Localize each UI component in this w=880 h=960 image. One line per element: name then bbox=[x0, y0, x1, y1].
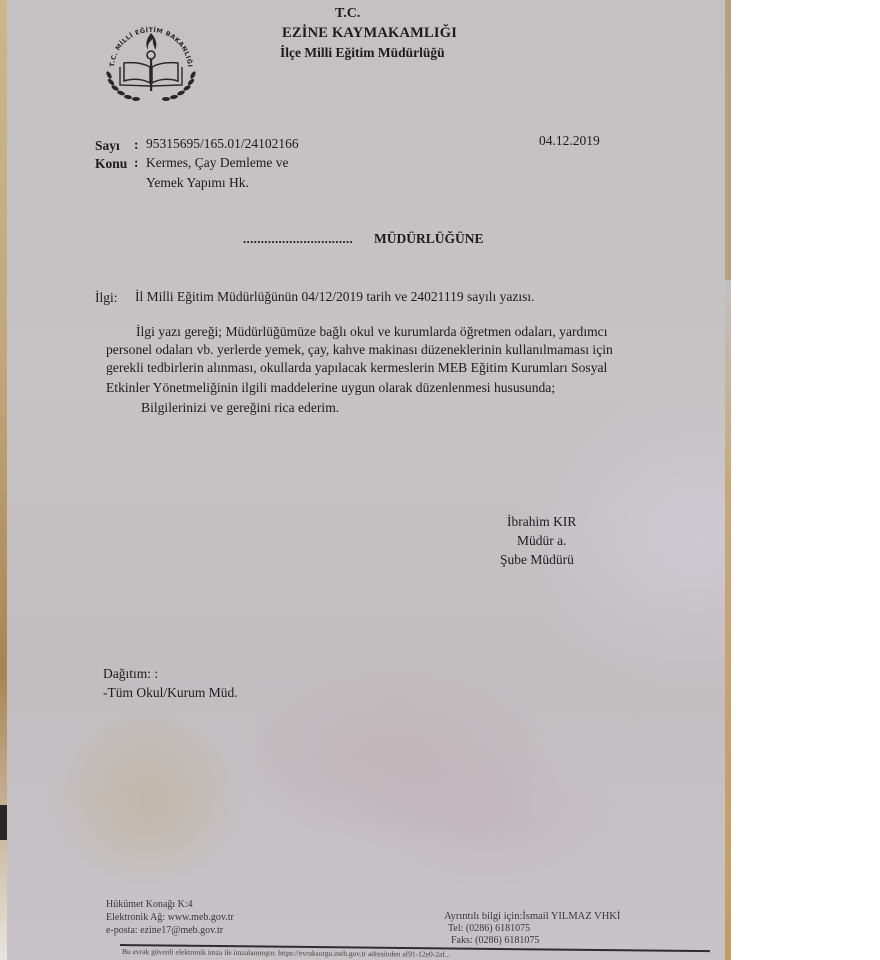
distribution-label: Dağıtım: : bbox=[103, 667, 158, 681]
konu-value-line1: Kermes, Çay Demleme ve bbox=[146, 156, 288, 170]
addressee-dots: ............................... bbox=[243, 232, 353, 245]
background-table-edge-right bbox=[725, 280, 731, 960]
sayi-label: Sayı bbox=[95, 139, 120, 153]
footer-contact: Ayrıntılı bilgi için:İsmail YILMAZ VHKİ bbox=[444, 912, 620, 923]
distribution-value: -Tüm Okul/Kurum Müd. bbox=[103, 686, 238, 700]
signatory-name: İbrahim KIR bbox=[507, 515, 576, 529]
footer-fax: Faks: (0286) 6181075 bbox=[451, 936, 539, 946]
background-object bbox=[0, 805, 7, 840]
signatory-title: Müdür a. bbox=[517, 534, 567, 548]
body-line: gerekli tedbirlerin alınması, okullarda … bbox=[106, 361, 607, 375]
body-line: Etkinler Yönetmeliğinin ilgili maddeleri… bbox=[106, 381, 555, 395]
header-country: T.C. bbox=[335, 7, 360, 21]
body-line: personel odaları vb. yerlerde yemek, çay… bbox=[106, 343, 613, 357]
footer-address: Hükümet Konağı K:4 bbox=[106, 900, 193, 910]
document-date: 04.12.2019 bbox=[539, 134, 600, 148]
footer-web: Elektronik Ağ: www.meb.gov.tr bbox=[106, 913, 234, 923]
footer-email: e-posta: ezine17@meb.gov.tr bbox=[106, 926, 223, 936]
ilgi-value: İl Milli Eğitim Müdürlüğünün 04/12/2019 … bbox=[135, 290, 534, 304]
addressee-label: MÜDÜRLÜĞÜNE bbox=[374, 232, 484, 246]
konu-colon: : bbox=[134, 156, 139, 170]
konu-value-line2: Yemek Yapımı Hk. bbox=[146, 176, 249, 190]
background-table-edge-left bbox=[0, 0, 7, 960]
konu-label: Konu bbox=[95, 157, 127, 171]
body-line: İlgi yazı gereği; Müdürlüğümüze bağlı ok… bbox=[136, 325, 607, 339]
header-organization: EZİNE KAYMAKAMLIĞI bbox=[282, 26, 457, 41]
body-closing: Bilgilerinizi ve gereğini rica ederim. bbox=[141, 401, 339, 415]
ilgi-label: İlgi: bbox=[95, 291, 118, 305]
meb-emblem-icon: T.C. MİLLİ EĞİTİM BAKANLIĞI bbox=[100, 17, 202, 107]
document-photo: T.C. MİLLİ EĞİTİM BAKANLIĞI T.C. EZİNE K… bbox=[0, 0, 731, 960]
header-unit: İlçe Milli Eğitim Müdürlüğü bbox=[280, 46, 445, 60]
footer-tel: Tel: (0286) 6181075 bbox=[448, 924, 530, 934]
signatory-position: Şube Müdürü bbox=[500, 553, 574, 567]
sayi-value: 95315695/165.01/24102166 bbox=[146, 137, 299, 151]
sayi-colon: : bbox=[134, 138, 139, 152]
